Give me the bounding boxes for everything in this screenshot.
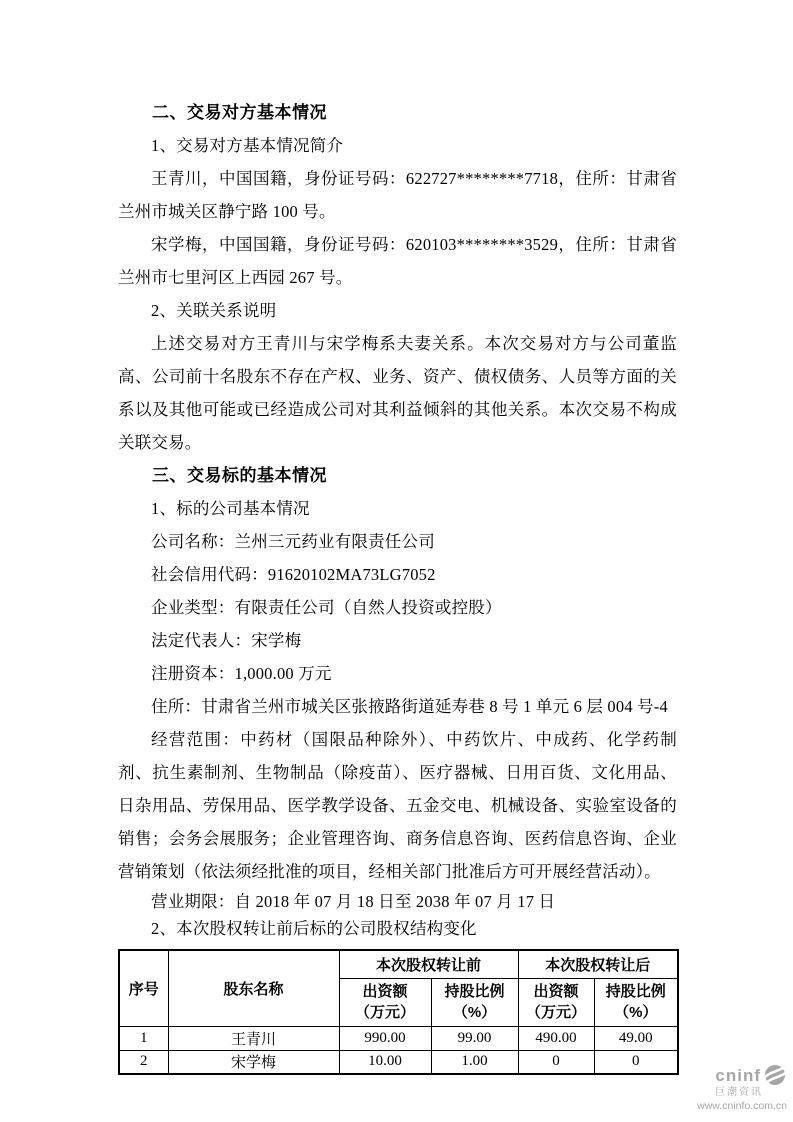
col-header-index: 序号 [119, 950, 168, 1026]
cell-before-ratio: 1.00 [431, 1050, 518, 1074]
cell-index: 2 [119, 1050, 168, 1074]
cell-shareholder-name: 宋学梅 [168, 1050, 339, 1074]
cell-shareholder-name: 王青川 [168, 1026, 339, 1050]
cell-after-ratio: 0 [594, 1050, 678, 1074]
col-header-before-transfer: 本次股权转让前 [339, 950, 518, 978]
ratio-label-line2: （%） [434, 1002, 516, 1023]
cell-after-amount: 490.00 [518, 1026, 594, 1050]
col-header-after-transfer: 本次股权转让后 [518, 950, 678, 978]
document-content: 二、交易对方基本情况 1、交易对方基本情况简介 王青川，中国国籍，身份证号码：6… [118, 96, 677, 1075]
para-legal-representative: 法定代表人：宋学梅 [118, 624, 677, 657]
cninfo-url: www.cninfo.com.cn [697, 1101, 787, 1112]
ratio-label-line1: 持股比例 [597, 981, 676, 1002]
section-heading-counterparty: 二、交易对方基本情况 [118, 96, 677, 129]
para-company-type: 企业类型：有限责任公司（自然人投资或控股） [118, 591, 677, 624]
col-header-before-amount: 出资额 （万元） [339, 978, 431, 1026]
para-company-address: 住所：甘肃省兰州市城关区张掖路街道延寿巷 8 号 1 单元 6 层 004 号-… [118, 690, 677, 723]
ratio-label-line1: 持股比例 [434, 981, 516, 1002]
para-relationship-statement: 上述交易对方王青川与宋学梅系夫妻关系。本次交易对方与公司董监高、公司前十名股东不… [118, 327, 677, 459]
document-page: 二、交易对方基本情况 1、交易对方基本情况简介 王青川，中国国籍，身份证号码：6… [0, 0, 793, 1122]
para-credit-code: 社会信用代码：91620102MA73LG7052 [118, 558, 677, 591]
cell-before-ratio: 99.00 [431, 1026, 518, 1050]
amount-label-line1: 出资额 [521, 981, 592, 1002]
col-header-shareholder: 股东名称 [168, 950, 339, 1026]
para-target-company-title: 1、标的公司基本情况 [118, 492, 677, 525]
para-registered-capital: 注册资本：1,000.00 万元 [118, 657, 677, 690]
amount-label-line2: （万元） [342, 1002, 429, 1023]
cell-after-amount: 0 [518, 1050, 594, 1074]
table-row-shareholder-2: 2 宋学梅 10.00 1.00 0 0 [119, 1050, 678, 1074]
col-header-after-amount: 出资额 （万元） [518, 978, 594, 1026]
para-company-name: 公司名称：兰州三元药业有限责任公司 [118, 525, 677, 558]
para-business-term: 营业期限：自 2018 年 07 月 18 日至 2038 年 07 月 17 … [118, 888, 677, 915]
cell-after-ratio: 49.00 [594, 1026, 678, 1050]
cninfo-swirl-icon [763, 1063, 787, 1087]
para-relationship-title: 2、关联关系说明 [118, 294, 677, 327]
cell-before-amount: 10.00 [339, 1050, 431, 1074]
amount-label-line2: （万元） [521, 1002, 592, 1023]
ratio-label-line2: （%） [597, 1002, 676, 1023]
para-equity-change-title: 2、本次股权转让前后标的公司股权结构变化 [118, 915, 677, 942]
cninfo-chinese-name: 巨潮资讯 [697, 1088, 787, 1099]
table-row-shareholder-1: 1 王青川 990.00 99.00 490.00 49.00 [119, 1026, 678, 1050]
col-header-before-ratio: 持股比例 （%） [431, 978, 518, 1026]
para-business-scope: 经营范围：中药材（国限品种除外）、中药饮片、中成药、化学药制剂、抗生素制剂、生物… [118, 723, 677, 888]
amount-label-line1: 出资额 [342, 981, 429, 1002]
cninfo-brand-text: cninf [715, 1067, 761, 1085]
cninfo-logo: cninf 巨潮资讯 www.cninfo.com.cn [697, 1063, 787, 1112]
cell-index: 1 [119, 1026, 168, 1050]
equity-structure-table: 序号 股东名称 本次股权转让前 本次股权转让后 出资额 （万元） 持股比例 （%… [118, 949, 679, 1075]
cninfo-logo-top: cninf [697, 1063, 787, 1087]
col-header-after-ratio: 持股比例 （%） [594, 978, 678, 1026]
para-counterparty-wangqingchuan: 王青川，中国国籍，身份证号码：622727********7718，住所：甘肃省… [118, 162, 677, 228]
para-counterparty-songxuemei: 宋学梅，中国国籍，身份证号码：620103********3529，住所：甘肃省… [118, 228, 677, 294]
cell-before-amount: 990.00 [339, 1026, 431, 1050]
para-counterparty-intro-title: 1、交易对方基本情况简介 [118, 129, 677, 162]
section-heading-target: 三、交易标的基本情况 [118, 459, 677, 492]
